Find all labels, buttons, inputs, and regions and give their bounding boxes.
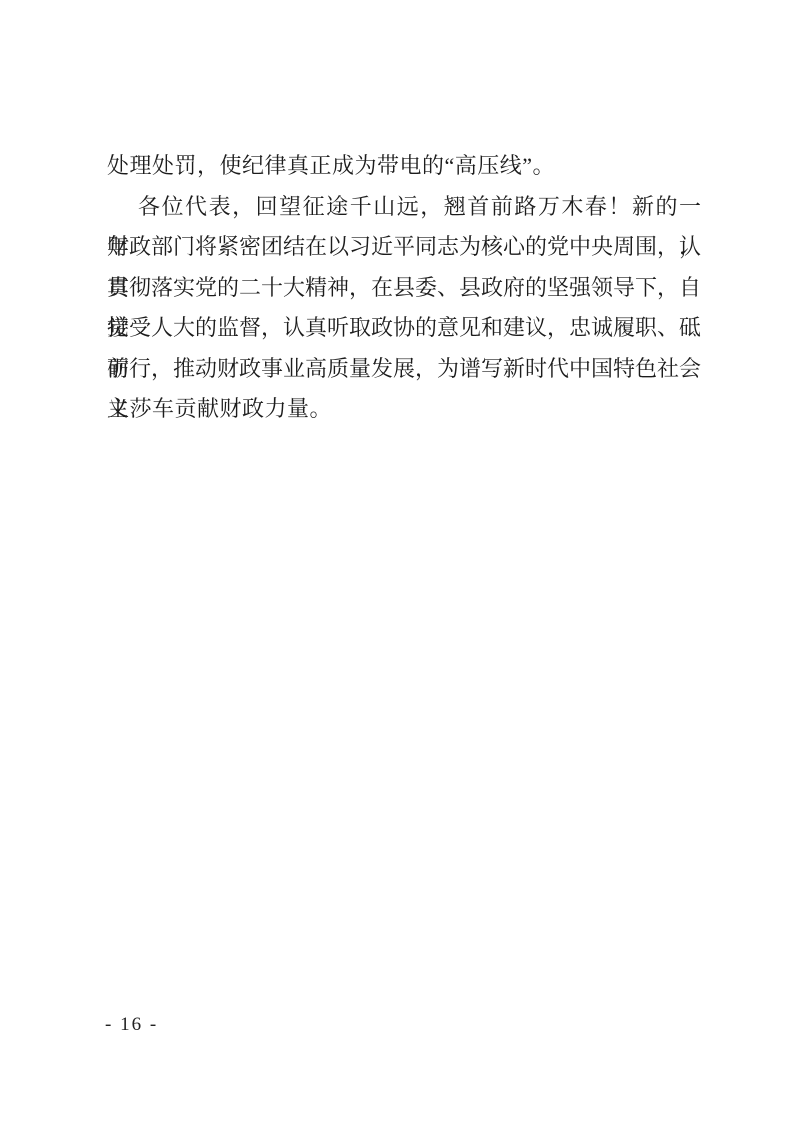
- document-page: 处理处罚，使纪律真正成为带电的“高压线”。 各位代表，回望征途千山远，翘首前路万…: [0, 0, 793, 1122]
- body-text-line: 贯彻落实党的二十大精神，在县委、县政府的坚强领导下，自觉: [107, 268, 701, 309]
- page-number: - 16 -: [105, 1014, 158, 1036]
- body-text-line: 各位代表，回望征途千山远，翘首前路万木春！新的一年，: [107, 187, 701, 228]
- body-text-line: 财政部门将紧密团结在以习近平同志为核心的党中央周围，认真: [107, 227, 701, 268]
- body-text-line: 处理处罚，使纪律真正成为带电的“高压线”。: [107, 146, 701, 187]
- body-text-line: 义莎车贡献财政力量。: [107, 389, 701, 430]
- body-text-line: 前行，推动财政事业高质量发展，为谱写新时代中国特色社会主: [107, 349, 701, 390]
- body-text-block: 处理处罚，使纪律真正成为带电的“高压线”。 各位代表，回望征途千山远，翘首前路万…: [107, 146, 701, 430]
- body-text-line: 接受人大的监督，认真听取政协的意见和建议，忠诚履职、砥砺: [107, 308, 701, 349]
